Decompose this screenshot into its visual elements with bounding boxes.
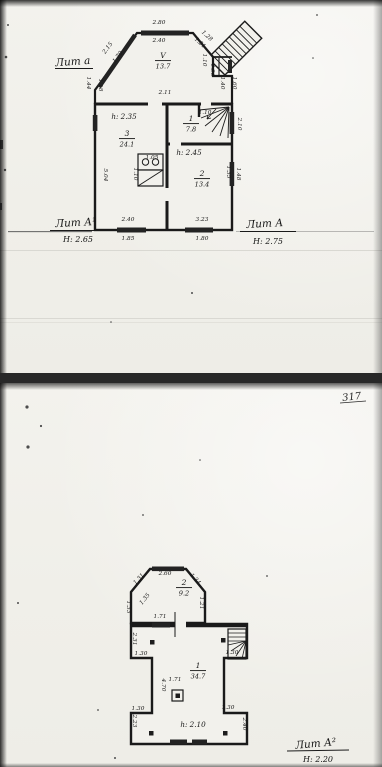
dimension-label: 2.31 [131, 632, 137, 646]
ground-floor-plan-drawing: Лит а Лит А¹ Н: 2.65 Лит А Н: 2.75 V13.7… [0, 0, 382, 373]
litera-a2-label: Лит А² [294, 736, 337, 752]
dimension-label: 2.80 [152, 20, 166, 26]
dimension-label: 5.04 [102, 169, 108, 182]
litera-a-height: Н: 2.75 [252, 237, 283, 246]
room-area: 34.7 [191, 673, 206, 681]
dimension-label: 0.96 [209, 64, 215, 77]
room-number: 1 [189, 114, 194, 123]
room-area: 24.1 [119, 141, 135, 149]
page-gap [0, 373, 382, 383]
page-ground-floor: Лит а Лит А¹ Н: 2.65 Лит А Н: 2.75 V13.7… [0, 0, 382, 373]
dimension-label: 2.10 [236, 117, 242, 131]
dimension-label: 1.80 [196, 236, 209, 242]
dimension-label: 1.60 [231, 77, 237, 90]
dimension-label: 1.10 [132, 168, 138, 181]
dimension-label: 2.23 [131, 714, 137, 728]
dimension-label: 1.30 [226, 650, 239, 656]
dimension-label: 1.44 [85, 77, 91, 90]
dimension-label: 2.11 [158, 90, 172, 96]
dimension-label: 1.30 [135, 651, 148, 657]
external-staircase [208, 21, 262, 75]
ceiling-height-label: h: 2.10 [180, 720, 206, 729]
dimension-label: 2.40 [241, 717, 247, 731]
dimension-label: 3.23 [196, 217, 209, 223]
chimney-symbol [172, 690, 183, 701]
page-attic-floor: 317 [0, 383, 382, 767]
litera-a2-height: Н: 2.20 [302, 755, 333, 764]
dimension-label: 1.18 [97, 79, 103, 92]
dimension-label: 1.10 [199, 110, 212, 116]
room-number: 1 [196, 661, 201, 670]
door-opening [175, 621, 186, 629]
dimension-label: 2.15 [101, 41, 114, 56]
room-number: 2 [181, 578, 187, 587]
room-area: 13.7 [156, 63, 171, 71]
ceiling-height-label: h: 2.45 [176, 148, 202, 157]
dimension-label: 1.85 [122, 236, 135, 242]
litera-a1-height: Н: 2.65 [62, 235, 93, 244]
dimension-label: 2.60 [158, 571, 172, 577]
dimension-label: 2.40 [152, 38, 166, 44]
dimension-label: 1.30 [222, 705, 235, 711]
dimension-label: 1.05 [146, 155, 159, 161]
room-area: 13.4 [195, 181, 210, 189]
litera-a-label: Лит А [245, 217, 283, 231]
room-area: 9.2 [179, 590, 190, 598]
dimension-label: 1.71 [154, 614, 167, 620]
dimension-label: 1.30 [132, 706, 145, 712]
dimension-label: 1.48 [235, 168, 241, 181]
room-number: 3 [125, 129, 130, 138]
dimension-label: 1.10 [201, 54, 207, 67]
litera-a1-label: Лит А¹ [54, 216, 97, 230]
dimension-label: 1.33 [125, 601, 131, 614]
litera-veranda-label: Лит а [54, 55, 91, 69]
scanned-document: Лит а Лит А¹ Н: 2.65 Лит А Н: 2.75 V13.7… [0, 0, 382, 767]
litera-labels: Лит А² Н: 2.20 [287, 736, 349, 764]
dimension-label: 4.70 [160, 678, 166, 692]
room-number: 2 [199, 169, 205, 178]
dimension-label: 2.40 [121, 217, 135, 223]
dimension-label: 1.35 [225, 166, 231, 179]
attic-floor-plan-drawing: 317 [0, 383, 382, 767]
dimension-label: 1.21 [198, 597, 204, 610]
dimension-label: 1.40 [219, 77, 225, 90]
room-area: 7.8 [186, 126, 197, 134]
dimension-label: 1.71 [169, 677, 182, 683]
ceiling-height-label: h: 2.35 [111, 112, 137, 121]
